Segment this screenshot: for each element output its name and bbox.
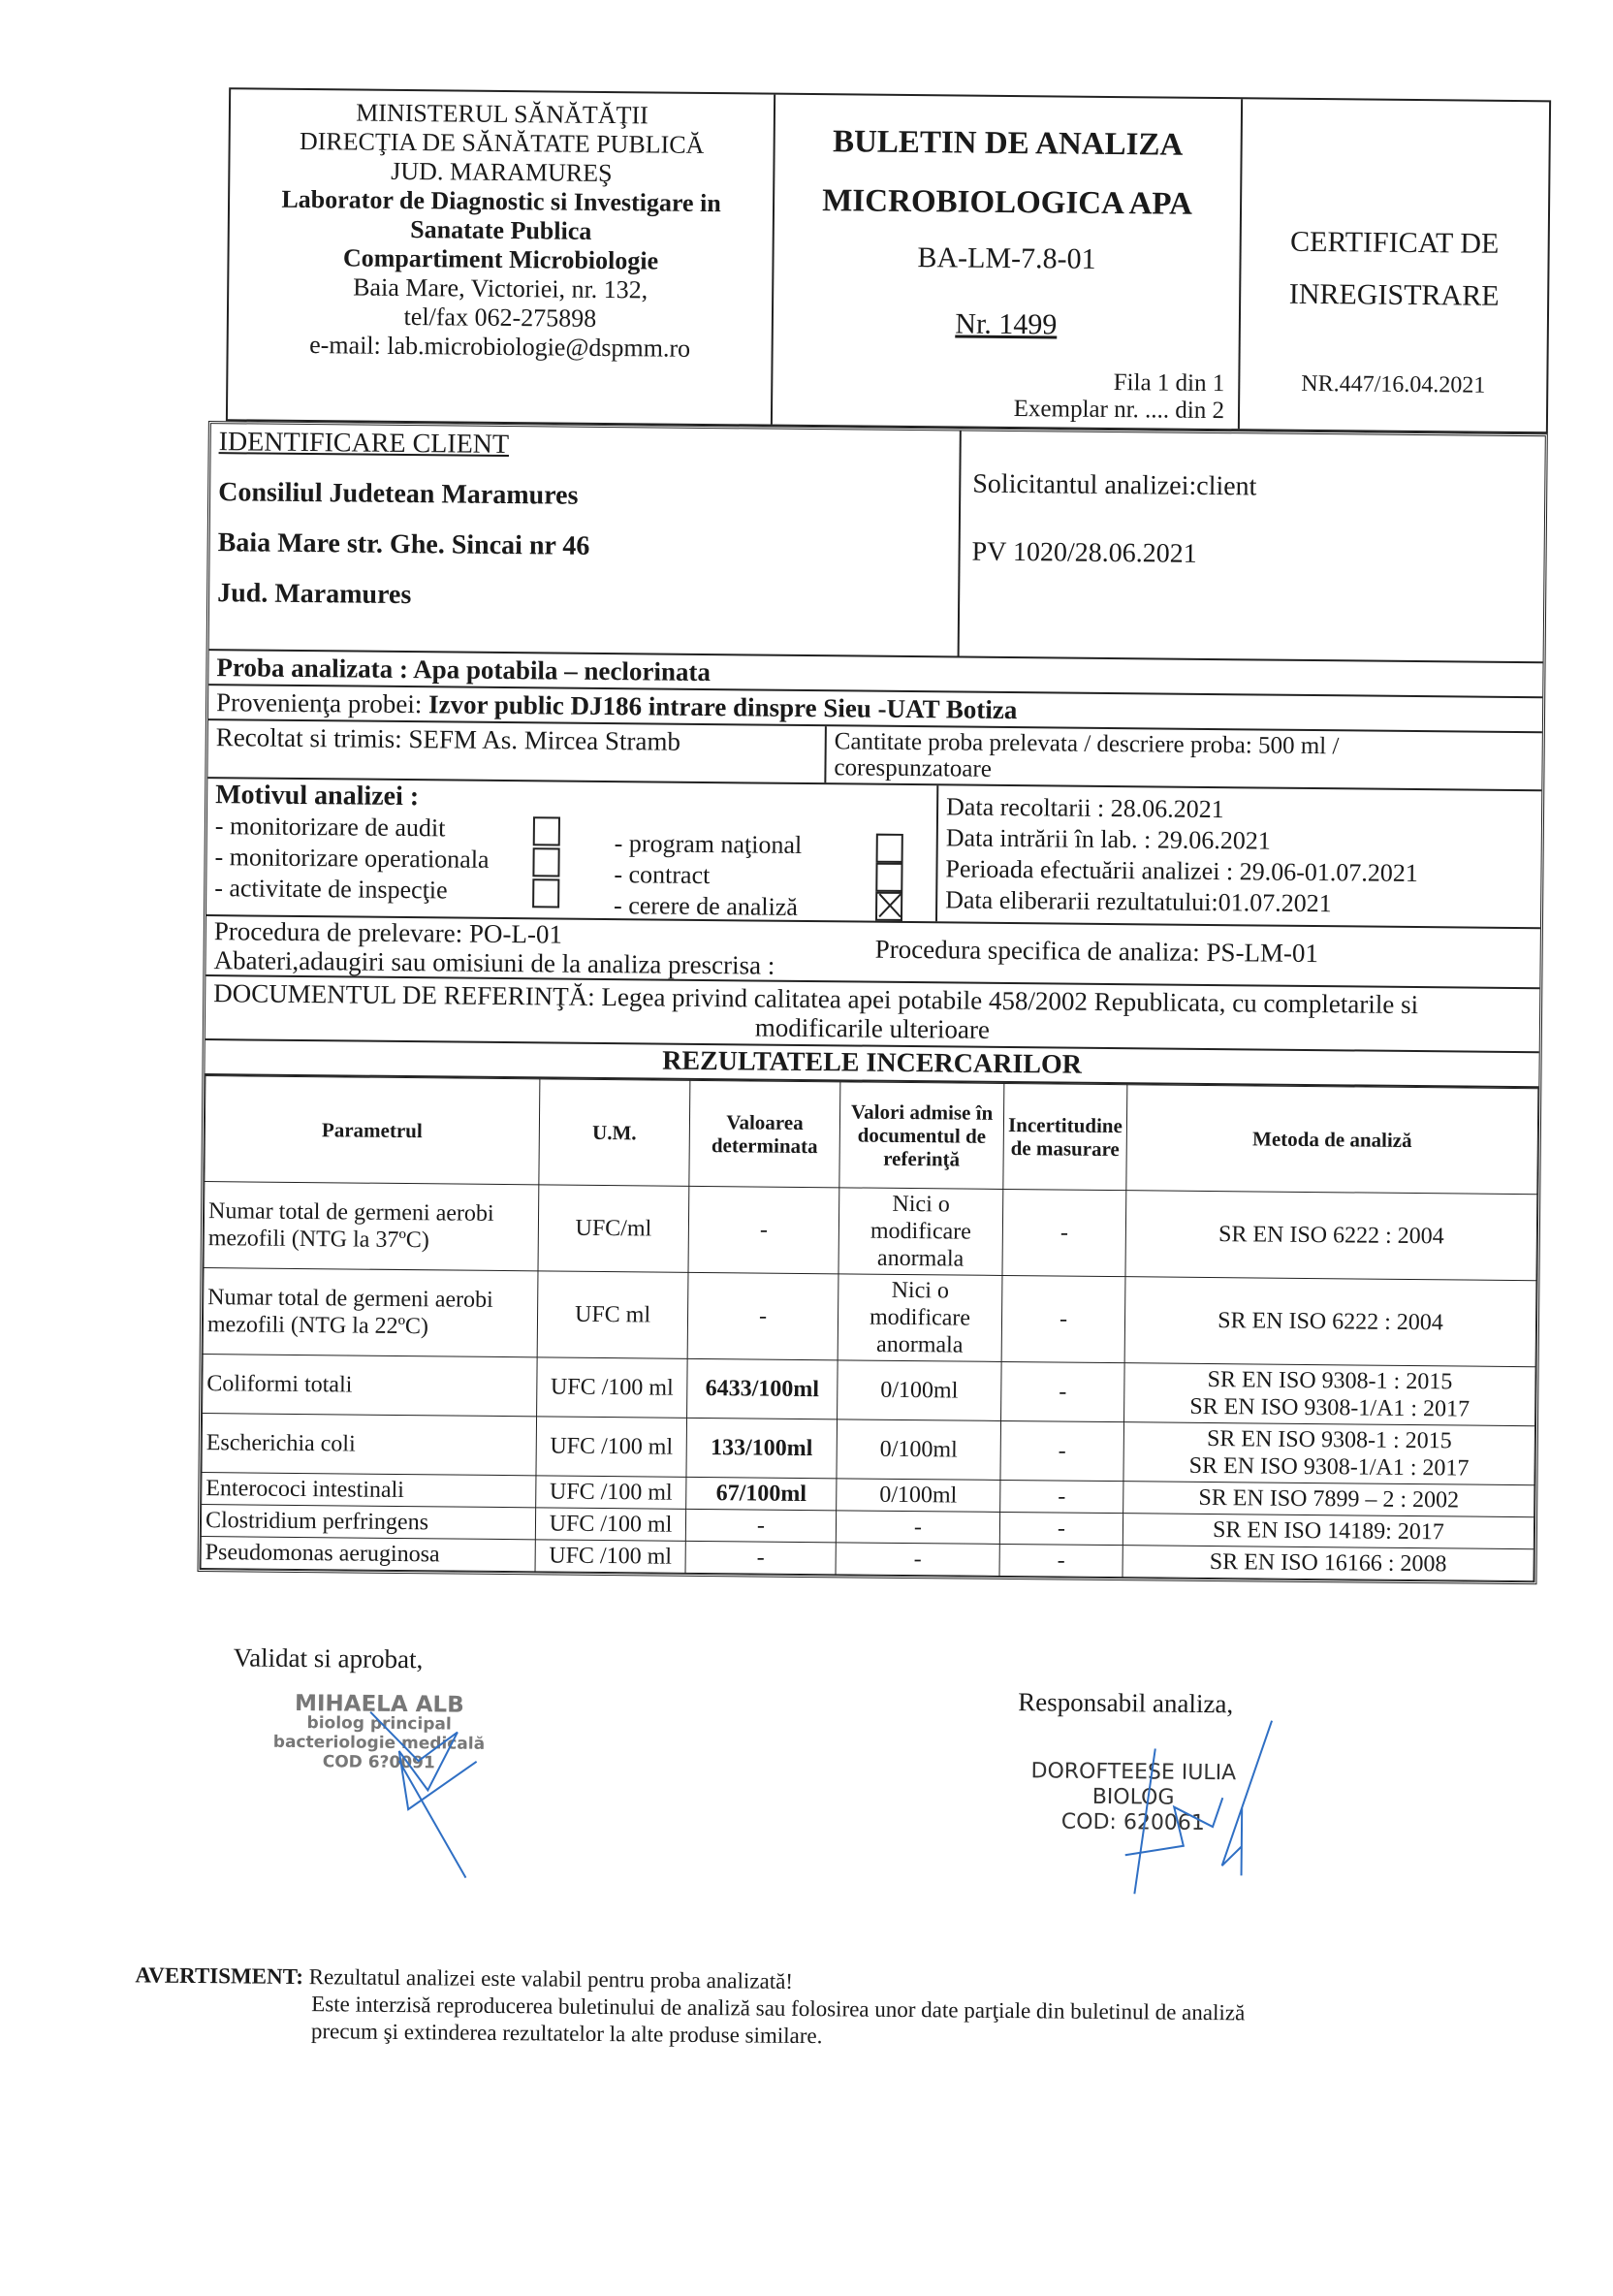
cell-admitted: Nici o modificare anormala bbox=[838, 1274, 1002, 1362]
sample-origin-label: Provenienţa probei: bbox=[216, 687, 428, 718]
cell-admitted: Nici o modificare anormala bbox=[838, 1188, 1003, 1276]
cell-value: 67/100ml bbox=[686, 1477, 837, 1510]
col-method: Metoda de analiză bbox=[1126, 1085, 1538, 1195]
method-line: SR EN ISO 6222 : 2004 bbox=[1130, 1220, 1533, 1251]
method-line: SR EN ISO 6222 : 2004 bbox=[1129, 1306, 1532, 1337]
client-section: IDENTIFICARE CLIENT Consiliul Judetean M… bbox=[209, 424, 1545, 663]
cell-method: SR EN ISO 6222 : 2004 bbox=[1124, 1277, 1536, 1367]
cell-unit: UFC /100 ml bbox=[536, 1476, 686, 1509]
col-value: Valoarea determinata bbox=[689, 1080, 840, 1187]
cell-unit: UFC /100 ml bbox=[536, 1417, 687, 1477]
cell-value: 6433/100ml bbox=[687, 1358, 838, 1419]
cell-value: 133/100ml bbox=[686, 1418, 838, 1478]
client-county: Jud. Maramures bbox=[217, 579, 950, 615]
cell-parameter: Clostridium perfringens bbox=[201, 1505, 535, 1540]
specific-procedure: Procedura specifica de analiza: PS-LM-01 bbox=[875, 935, 1319, 968]
client-name: Consiliul Judetean Maramures bbox=[218, 478, 951, 514]
bulletin-code: BA-LM-7.8-01 bbox=[774, 240, 1239, 278]
lab-name-line1: Laborator de Diagnostic si Investigare i… bbox=[230, 184, 773, 218]
reason-title: Motivul analizei : bbox=[215, 781, 929, 816]
cell-admitted: - bbox=[836, 1543, 999, 1577]
cell-uncertainty: - bbox=[1001, 1361, 1125, 1421]
directorate-name: DIRECŢIA DE SĂNĂTATE PUBLICĂ bbox=[231, 126, 774, 160]
cell-unit: UFC /100 ml bbox=[537, 1357, 688, 1418]
checkbox-audit[interactable] bbox=[533, 816, 560, 845]
cell-method: SR EN ISO 14189: 2017 bbox=[1123, 1514, 1534, 1549]
warning-section: AVERTISMENT: Rezultatul analizei este va… bbox=[135, 1961, 1246, 2054]
sampling-procedure: Procedura de prelevare: PO-L-01 bbox=[214, 916, 562, 948]
reason-operational: - monitorizare operationala bbox=[214, 843, 489, 875]
method-line: SR EN ISO 9308-1 : 2015 bbox=[1128, 1424, 1531, 1455]
sample-quantity-line2: corespunzatoare bbox=[834, 754, 1534, 787]
client-identification: IDENTIFICARE CLIENT Consiliul Judetean M… bbox=[209, 424, 962, 655]
cell-unit: UFC /100 ml bbox=[535, 1540, 685, 1573]
method-line: SR EN ISO 7899 – 2 : 2002 bbox=[1127, 1483, 1530, 1515]
validated-label: Validat si aprobat, bbox=[234, 1642, 424, 1674]
analysis-reason: Motivul analizei : - monitorizare de aud… bbox=[206, 779, 938, 921]
client-address: Baia Mare str. Ghe. Sincai nr 46 bbox=[218, 528, 951, 564]
cell-admitted: - bbox=[836, 1511, 999, 1545]
bulletin-title-line2: MICROBIOLOGICA APA bbox=[775, 183, 1240, 224]
bulletin-title-line1: BULETIN DE ANALIZA bbox=[775, 124, 1241, 165]
lab-email: e-mail: lab.microbiologie@dspmm.ro bbox=[229, 330, 772, 364]
cell-value: - bbox=[685, 1541, 836, 1574]
cell-admitted: 0/100ml bbox=[837, 1479, 1000, 1513]
results-body: Numar total de germeni aerobi mezofili (… bbox=[201, 1182, 1537, 1581]
col-parameter: Parametrul bbox=[205, 1076, 540, 1185]
cell-parameter: Enterococi intestinali bbox=[202, 1473, 536, 1508]
certificate-line2: INREGISTRARE bbox=[1241, 277, 1547, 313]
bulletin-title-block: BULETIN DE ANALIZA MICROBIOLOGICA APA BA… bbox=[773, 95, 1243, 430]
method-line: SR EN ISO 9308-1/A1 : 2017 bbox=[1127, 1451, 1530, 1483]
cell-unit: UFC ml bbox=[537, 1271, 688, 1358]
cell-method: SR EN ISO 16166 : 2008 bbox=[1123, 1546, 1534, 1581]
reason-national-program: - program naţional bbox=[615, 829, 803, 860]
sample-origin-value: Izvor public DJ186 intrare dinspre Sieu … bbox=[428, 689, 1018, 724]
analysis-form: IDENTIFICARE CLIENT Consiliul Judetean M… bbox=[198, 421, 1548, 1584]
pv-number: PV 1020/28.06.2021 bbox=[971, 538, 1532, 573]
col-admitted: Valori admise în documentul de referinţă bbox=[839, 1082, 1004, 1190]
bulletin-number: Nr. 1499 bbox=[774, 306, 1239, 344]
cell-parameter: Numar total de germeni aerobi mezofili (… bbox=[204, 1182, 539, 1271]
client-section-title: IDENTIFICARE CLIENT bbox=[219, 428, 952, 463]
checkbox-inspection[interactable] bbox=[532, 878, 559, 908]
certificate-number: NR.447/16.04.2021 bbox=[1240, 370, 1546, 399]
checkbox-national-program[interactable] bbox=[876, 834, 903, 863]
results-table: Parametrul U.M. Valoarea determinata Val… bbox=[201, 1075, 1539, 1581]
table-row: Numar total de germeni aerobi mezofili (… bbox=[204, 1182, 1537, 1281]
analysis-reason-section: Motivul analizei : - monitorizare de aud… bbox=[206, 779, 1541, 929]
cell-value: - bbox=[687, 1272, 838, 1359]
cell-uncertainty: - bbox=[999, 1512, 1123, 1545]
cell-method: SR EN ISO 7899 – 2 : 2002 bbox=[1123, 1482, 1534, 1517]
cell-unit: UFC /100 ml bbox=[535, 1508, 685, 1541]
requester-info: Solicitantul analizei:client PV 1020/28.… bbox=[960, 431, 1545, 662]
document-header: MINISTERUL SĂNĂTĂŢII DIRECŢIA DE SĂNĂTAT… bbox=[226, 87, 1551, 433]
release-date: Data eliberarii rezultatului:01.07.2021 bbox=[945, 884, 1533, 921]
registration-certificate: CERTIFICAT DE INREGISTRARE NR.447/16.04.… bbox=[1240, 99, 1549, 431]
checkbox-operational[interactable] bbox=[532, 847, 559, 877]
checkbox-analysis-request[interactable] bbox=[875, 892, 902, 921]
requester: Solicitantul analizei:client bbox=[972, 470, 1533, 505]
checkbox-contract[interactable] bbox=[875, 863, 902, 892]
col-uncertainty: Incertitudine de masurare bbox=[1003, 1083, 1127, 1190]
cell-uncertainty: - bbox=[1000, 1480, 1123, 1513]
lab-identification: MINISTERUL SĂNĂTĂŢII DIRECŢIA DE SĂNĂTAT… bbox=[228, 89, 775, 424]
col-unit: U.M. bbox=[539, 1079, 690, 1186]
cell-unit: UFC/ml bbox=[538, 1185, 689, 1272]
copy-number: Exemplar nr. .... din 2 bbox=[1014, 396, 1225, 425]
cell-parameter: Pseudomonas aeruginosa bbox=[201, 1537, 535, 1572]
table-row: Numar total de germeni aerobi mezofili (… bbox=[203, 1268, 1536, 1367]
cell-admitted: 0/100ml bbox=[838, 1360, 1002, 1421]
results-header-row: Parametrul U.M. Valoarea determinata Val… bbox=[205, 1076, 1538, 1195]
cell-method: SR EN ISO 9308-1 : 2015SR EN ISO 9308-1/… bbox=[1123, 1422, 1535, 1485]
responsible-signature-icon bbox=[1115, 1709, 1311, 1905]
method-line: SR EN ISO 16166 : 2008 bbox=[1127, 1547, 1530, 1578]
reason-audit: - monitorizare de audit bbox=[215, 812, 446, 843]
cell-uncertainty: - bbox=[999, 1544, 1123, 1577]
cell-method: SR EN ISO 6222 : 2004 bbox=[1125, 1191, 1537, 1281]
document-page: MINISTERUL SĂNĂTĂŢII DIRECŢIA DE SĂNĂTAT… bbox=[0, 0, 1613, 2296]
analysis-dates: Data recoltarii : 28.06.2021 Data intrăr… bbox=[937, 785, 1541, 927]
cell-value: - bbox=[685, 1509, 836, 1542]
page-info: Fila 1 din 1 Exemplar nr. .... din 2 bbox=[1014, 368, 1225, 425]
reason-contract: - contract bbox=[614, 860, 710, 890]
method-line: SR EN ISO 9308-1/A1 : 2017 bbox=[1128, 1392, 1531, 1423]
validator-signature-icon bbox=[359, 1703, 496, 1888]
collected-by: Recoltat si trimis: SEFM As. Mircea Stra… bbox=[207, 720, 827, 782]
warning-line1: Rezultatul analizei este valabil pentru … bbox=[309, 1964, 794, 1993]
warning-label: AVERTISMENT: bbox=[135, 1962, 303, 1989]
method-line: SR EN ISO 9308-1 : 2015 bbox=[1128, 1365, 1531, 1396]
reason-analysis-request: - cerere de analiză bbox=[614, 891, 798, 922]
cell-parameter: Escherichia coli bbox=[202, 1414, 537, 1476]
cell-method: SR EN ISO 9308-1 : 2015SR EN ISO 9308-1/… bbox=[1124, 1363, 1536, 1426]
sample-quantity: Cantitate proba prelevata / descriere pr… bbox=[826, 726, 1542, 789]
cell-parameter: Numar total de germeni aerobi mezofili (… bbox=[203, 1268, 538, 1357]
cell-uncertainty: - bbox=[1000, 1420, 1124, 1481]
cell-uncertainty: - bbox=[1001, 1275, 1125, 1362]
cell-uncertainty: - bbox=[1002, 1189, 1126, 1276]
cell-parameter: Coliformi totali bbox=[203, 1355, 538, 1417]
method-line: SR EN ISO 14189: 2017 bbox=[1127, 1515, 1530, 1547]
certificate-line1: CERTIFICAT DE bbox=[1242, 225, 1548, 261]
cell-value: - bbox=[688, 1186, 839, 1273]
cell-admitted: 0/100ml bbox=[837, 1419, 1001, 1481]
page-count: Fila 1 din 1 bbox=[1014, 368, 1225, 398]
reason-inspection: - activitate de inspecţie bbox=[214, 874, 448, 905]
